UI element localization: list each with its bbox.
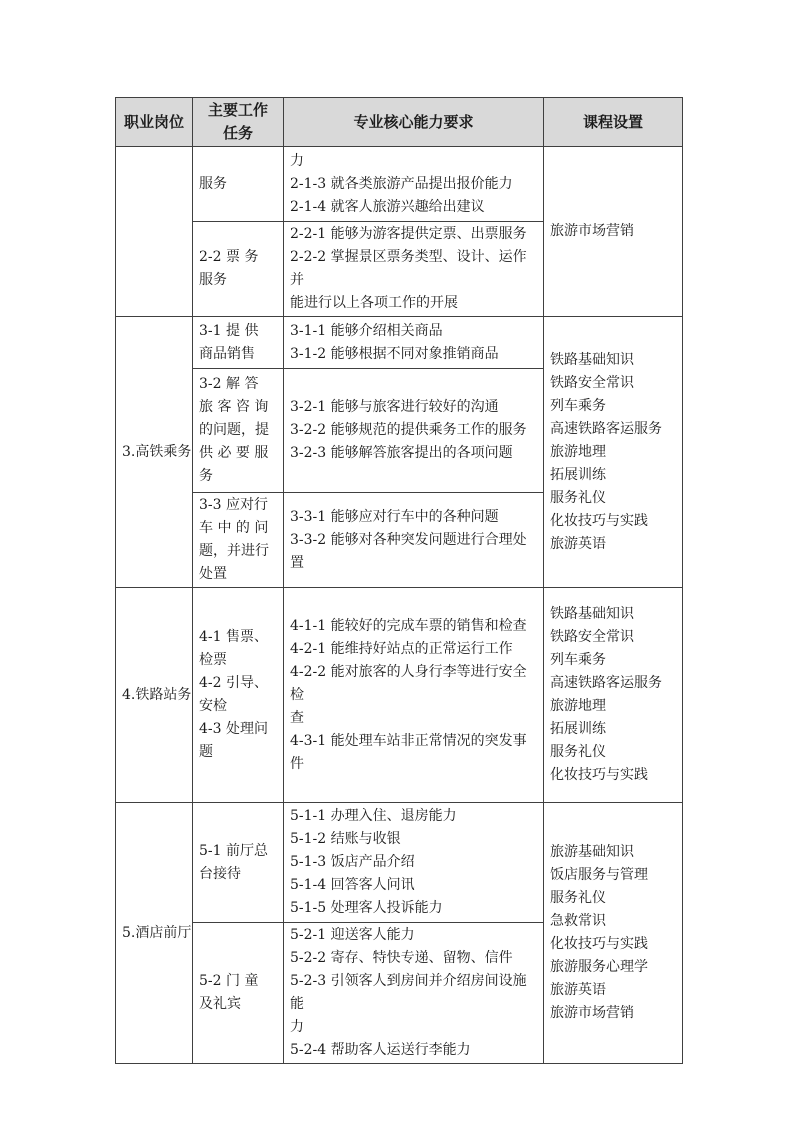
requirement-cell-5-2: 5-2-1 迎送客人能力 5-2-2 寄存、特快专递、留物、信件 5-2-3 引… — [284, 923, 544, 1064]
table-header-row: 职业岗位 主要工作 任务 专业核心能力要求 课程设置 — [116, 98, 683, 147]
document-page: 职业岗位 主要工作 任务 专业核心能力要求 课程设置 服务 力 2-1-3 就各… — [0, 0, 793, 1122]
requirement-cell-2-1: 力 2-1-3 就各类旅游产品提出报价能力 2-1-4 就客人旅游兴趣给出建议 — [284, 147, 544, 222]
position-cell-sec3: 3.高铁乘务 — [116, 317, 193, 588]
courses-cell-sec4: 铁路基础知识 铁路安全常识 列车乘务 高速铁路客运服务 旅游地理 拓展训练 服务… — [544, 588, 683, 803]
courses-cell-sec5: 旅游基础知识 饭店服务与管理 服务礼仪 急救常识 化妆技巧与实践 旅游服务心理学… — [544, 803, 683, 1064]
position-cell-sec2 — [116, 147, 193, 317]
task-cell-5-2: 5-2 门 童 及礼宾 — [193, 923, 284, 1064]
header-courses: 课程设置 — [544, 98, 683, 147]
curriculum-table: 职业岗位 主要工作 任务 专业核心能力要求 课程设置 服务 力 2-1-3 就各… — [115, 97, 683, 1064]
table-row: 4.铁路站务 4-1 售票、 检票 4-2 引导、 安检 4-3 处理问 题 4… — [116, 588, 683, 803]
position-cell-sec4: 4.铁路站务 — [116, 588, 193, 803]
header-tasks: 主要工作 任务 — [193, 98, 284, 147]
table-row: 3.高铁乘务 3-1 提 供 商品销售 3-1-1 能够介绍相关商品 3-1-2… — [116, 317, 683, 369]
requirement-cell-3-2: 3-2-1 能够与旅客进行较好的沟通 3-2-2 能够规范的提供乘务工作的服务 … — [284, 369, 544, 493]
table-row: 服务 力 2-1-3 就各类旅游产品提出报价能力 2-1-4 就客人旅游兴趣给出… — [116, 147, 683, 222]
courses-cell-sec2: 旅游市场营销 — [544, 147, 683, 317]
requirement-cell-3-1: 3-1-1 能够介绍相关商品 3-1-2 能够根据不同对象推销商品 — [284, 317, 544, 369]
task-cell-3-1: 3-1 提 供 商品销售 — [193, 317, 284, 369]
header-requirements: 专业核心能力要求 — [284, 98, 544, 147]
requirement-cell-4: 4-1-1 能较好的完成车票的销售和检查 4-2-1 能维持好站点的正常运行工作… — [284, 588, 544, 803]
requirement-cell-5-1: 5-1-1 办理入住、退房能力 5-1-2 结账与收银 5-1-3 饭店产品介绍… — [284, 803, 544, 923]
header-position: 职业岗位 — [116, 98, 193, 147]
task-cell-2-1: 服务 — [193, 147, 284, 222]
task-cell-5-1: 5-1 前厅总 台接待 — [193, 803, 284, 923]
task-cell-2-2: 2-2 票 务 服务 — [193, 222, 284, 317]
requirement-cell-3-3: 3-3-1 能够应对行车中的各种问题 3-3-2 能够对各种突发问题进行合理处 … — [284, 493, 544, 588]
requirement-cell-2-2: 2-2-1 能够为游客提供定票、出票服务 2-2-2 掌握景区票务类型、设计、运… — [284, 222, 544, 317]
table-row: 5.酒店前厅 5-1 前厅总 台接待 5-1-1 办理入住、退房能力 5-1-2… — [116, 803, 683, 923]
task-cell-4: 4-1 售票、 检票 4-2 引导、 安检 4-3 处理问 题 — [193, 588, 284, 803]
position-cell-sec5: 5.酒店前厅 — [116, 803, 193, 1064]
courses-cell-sec3: 铁路基础知识 铁路安全常识 列车乘务 高速铁路客运服务 旅游地理 拓展训练 服务… — [544, 317, 683, 588]
task-cell-3-3: 3-3 应对行 车 中 的 问 题，并进行 处置 — [193, 493, 284, 588]
task-cell-3-2: 3-2 解 答 旅 客 咨 询 的问题，提 供 必 要 服 务 — [193, 369, 284, 493]
